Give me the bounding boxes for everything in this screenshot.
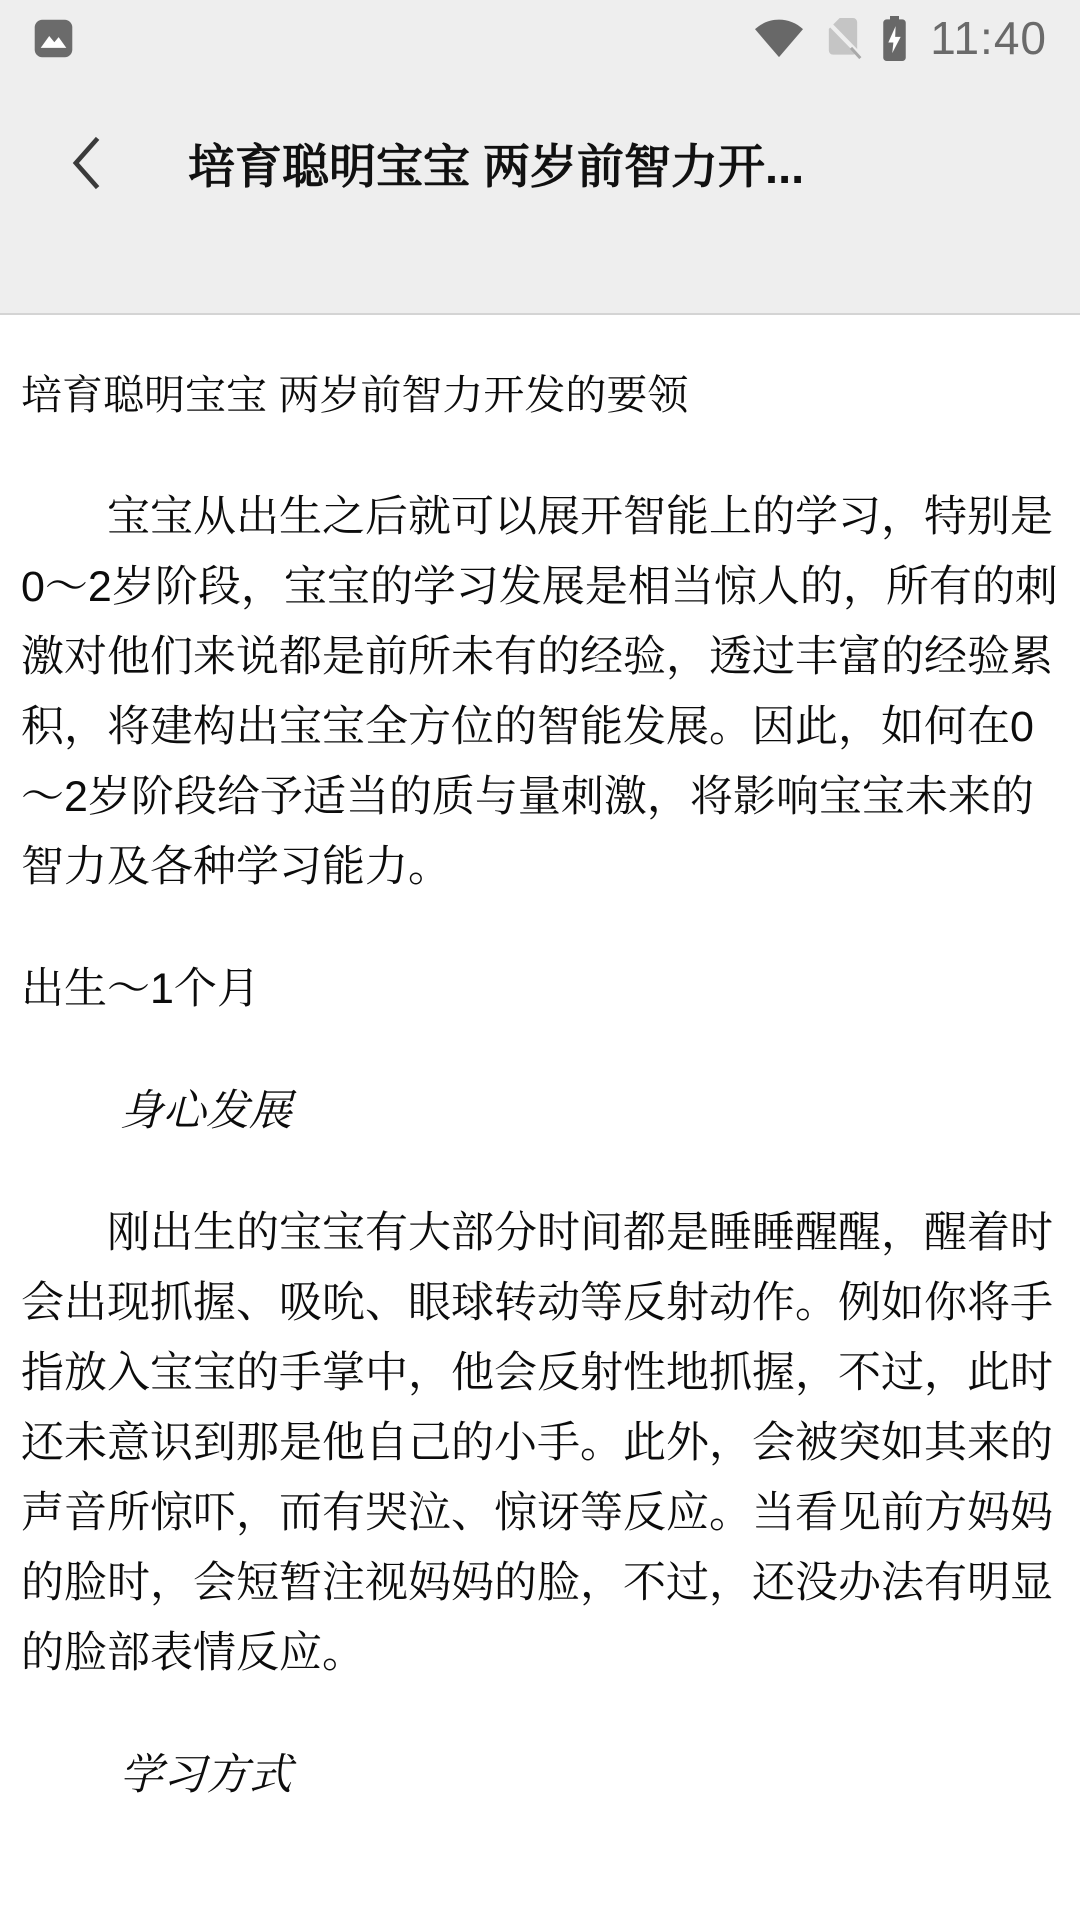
status-time: 11:40 bbox=[930, 15, 1047, 61]
sub-heading-learning-method: 学习方式 bbox=[21, 1740, 1059, 1810]
section-heading-birth-to-1-month: 出生～1个月 bbox=[21, 954, 1059, 1024]
image-notification-icon bbox=[33, 18, 74, 59]
screen: { "status_bar": { "time": "11:40", "icon… bbox=[0, 0, 1080, 1920]
status-bar: 11:40 bbox=[0, 0, 1080, 70]
sub-heading-physical-mental-development: 身心发展 bbox=[21, 1076, 1059, 1146]
article-paragraph-intro: 宝宝从出生之后就可以展开智能上的学习，特别是0～2岁阶段，宝宝的学习发展是相当惊… bbox=[21, 482, 1059, 902]
status-icons-right: 11:40 bbox=[753, 15, 1047, 61]
article-content[interactable]: 培育聪明宝宝 两岁前智力开发的要领 宝宝从出生之后就可以展开智能上的学习，特别是… bbox=[0, 315, 1080, 1920]
wifi-icon bbox=[753, 18, 805, 58]
battery-charging-icon bbox=[881, 16, 908, 61]
header: 11:40 培育聪明宝宝 两岁前智力开... bbox=[0, 0, 1080, 315]
back-button[interactable] bbox=[66, 133, 106, 193]
app-bar-title: 培育聪明宝宝 两岁前智力开... bbox=[188, 130, 804, 197]
article-title: 培育聪明宝宝 两岁前智力开发的要领 bbox=[21, 360, 1059, 430]
article-paragraph-development: 刚出生的宝宝有大部分时间都是睡睡醒醒，醒着时会出现抓握、吸吮、眼球转动等反射动作… bbox=[21, 1198, 1059, 1688]
back-chevron-icon bbox=[68, 134, 104, 192]
app-bar: 培育聪明宝宝 两岁前智力开... bbox=[0, 108, 1080, 218]
no-sim-icon bbox=[823, 15, 863, 61]
